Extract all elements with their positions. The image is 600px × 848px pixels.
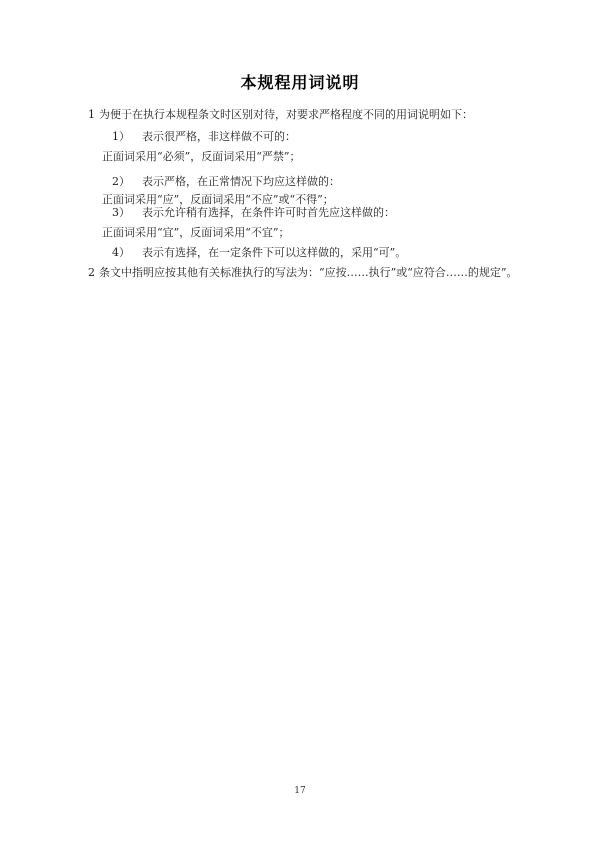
clause-1: 1为便于在执行本规程条文时区别对待，对要求严格程度不同的用词说明如下： bbox=[88, 107, 538, 122]
subclause-2-desc: 2）表示严格，在正常情况下均应这样做的： bbox=[112, 174, 538, 189]
clause-2-text: 条文中指明应按其他有关标准执行的写法为：“应按……执行”或“应符合……的规定”。 bbox=[99, 266, 518, 279]
subclause-4-desc-text: 表示有选择，在一定条件下可以这样做的，采用“可”。 bbox=[142, 246, 406, 259]
subclause-1-number: 1） bbox=[112, 129, 142, 144]
subclause-2-desc-text: 表示严格，在正常情况下均应这样做的： bbox=[142, 175, 340, 188]
clause-2: 2条文中指明应按其他有关标准执行的写法为：“应按……执行”或“应符合……的规定”… bbox=[88, 265, 538, 280]
page-title: 本规程用词说明 bbox=[0, 0, 600, 94]
clause-2-number: 2 bbox=[88, 265, 99, 280]
clause-1-text: 为便于在执行本规程条文时区别对待，对要求严格程度不同的用词说明如下： bbox=[99, 108, 473, 121]
subclause-4-desc: 4）表示有选择，在一定条件下可以这样做的，采用“可”。 bbox=[112, 245, 538, 260]
document-page: 本规程用词说明 1为便于在执行本规程条文时区别对待，对要求严格程度不同的用词说明… bbox=[0, 0, 600, 848]
page-footer: 17 bbox=[0, 786, 600, 796]
page-number: 17 bbox=[294, 786, 305, 796]
subclause-3-note: 正面词采用“宜”，反面词采用“不宜”； bbox=[102, 225, 538, 240]
subclause-1-note: 正面词采用“必须”，反面词采用“严禁”； bbox=[102, 149, 538, 164]
subclause-1-desc: 1）表示很严格，非这样做不可的： bbox=[112, 129, 538, 144]
document-body: 1为便于在执行本规程条文时区别对待，对要求严格程度不同的用词说明如下： 1）表示… bbox=[88, 107, 538, 280]
subclause-2-number: 2） bbox=[112, 174, 142, 189]
subclause-1-desc-text: 表示很严格，非这样做不可的： bbox=[142, 130, 296, 143]
subclause-3-desc-text: 表示允许稍有选择，在条件许可时首先应这样做的： bbox=[142, 206, 395, 219]
subclause-3-desc: 3）表示允许稍有选择，在条件许可时首先应这样做的： bbox=[112, 205, 538, 220]
clause-1-number: 1 bbox=[88, 107, 99, 122]
subclause-4-number: 4） bbox=[112, 245, 142, 260]
subclause-3-number: 3） bbox=[112, 205, 142, 220]
